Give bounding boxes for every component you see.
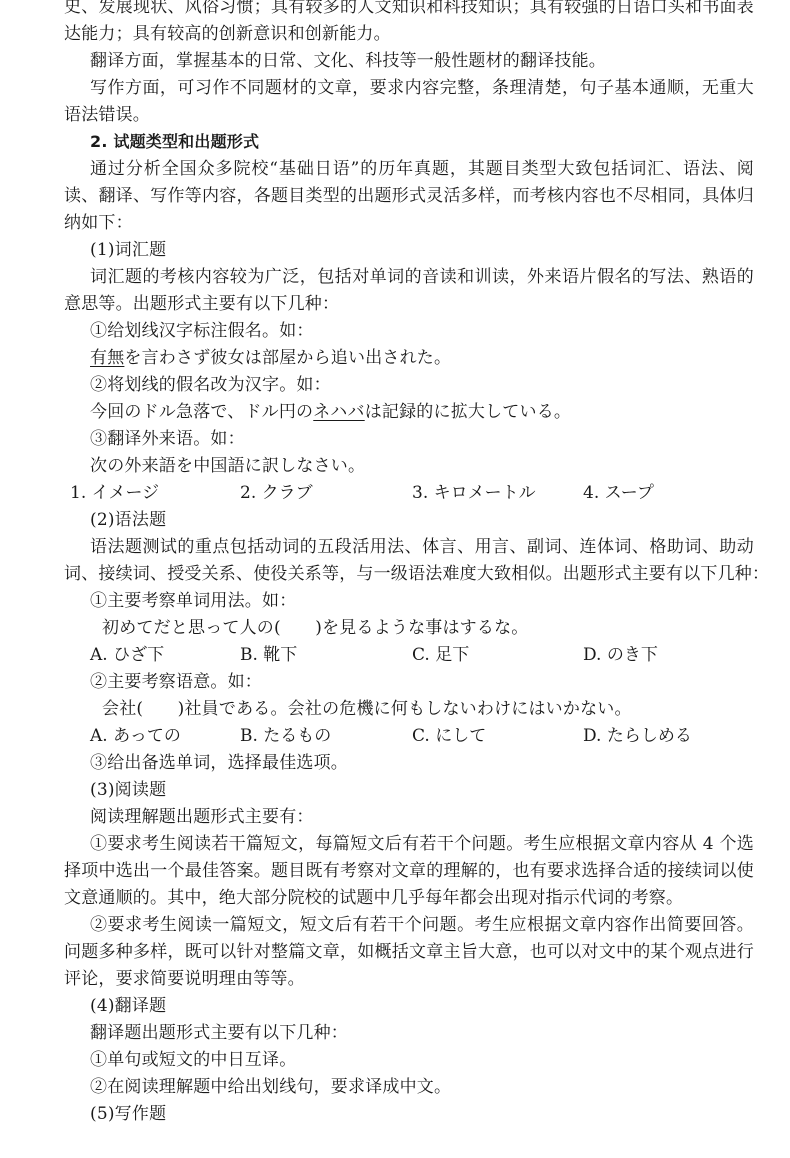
paragraph-line: 文意通顺的。其中，绝大部分院校的试题中几乎每年都会出现对指示代词的考察。 [64, 885, 754, 911]
underlined-kana: ネハバ [313, 402, 364, 422]
paragraph-reading-desc: 阅读理解题出题形式主要有： [90, 804, 780, 830]
option-b: B. たるもの [240, 723, 331, 749]
paragraph-line: 问题多种多样，既可以针对整篇文章，如概括文章主旨大意，也可以对文中的某个观点进行 [64, 939, 754, 965]
reading-item-1: ①要求考生阅读若干篇短文，每篇短文后有若干个问题。考生应根据文章内容从 4 个选 [90, 831, 754, 857]
section-heading: 2. 试题类型和出题形式 [90, 129, 780, 155]
paragraph-line: 语法错误。 [64, 102, 754, 128]
example-text: を言わさず彼女は部屋から追い出された。 [124, 348, 451, 368]
translation-item-2: ②在阅读理解题中给出划线句，要求译成中文。 [90, 1074, 780, 1100]
example-text: 今回のドル急落で、ドル円の [90, 402, 313, 422]
subsection-title-writing: (5)写作题 [90, 1101, 780, 1127]
paragraph-line: 评论，要求简要说明理由等等。 [64, 966, 754, 992]
paragraph-line: 择项中选出一个最佳答案。题目既有考察对文章的理解的，也有要求选择合适的接续词以使 [64, 858, 754, 884]
reading-item-2: ②要求考生阅读一篇短文，短文后有若干个问题。考生应根据文章内容作出简要回答。 [90, 912, 754, 938]
option-d: D. のき下 [583, 642, 658, 668]
paragraph-line: 意思等。出题形式主要有以下几种： [64, 291, 754, 317]
grammar-item-1-label: ①主要考察单词用法。如： [90, 588, 780, 614]
option-c: C. 足下 [412, 642, 469, 668]
example-text: は記録的に拡大している。 [365, 402, 571, 422]
vocab-item-1-example: 有無を言わさず彼女は部屋から追い出された。 [90, 345, 780, 371]
option-3: 3. キロメートル [412, 480, 536, 506]
option-1: 1. イメージ [70, 480, 159, 506]
paragraph-line: 词、接续词、授受关系、使役关系等，与一级语法难度大致相似。出题形式主要有以下几种… [64, 561, 754, 587]
paragraph-translation-desc: 翻译题出题形式主要有以下几种： [90, 1020, 780, 1046]
underlined-kanji: 有無 [90, 348, 124, 368]
subsection-title-vocab: (1)词汇题 [90, 237, 780, 263]
vocab-item-3-instruction: 次の外来語を中国語に訳しなさい。 [90, 453, 780, 479]
paragraph-grammar-desc: 语法题测试的重点包括动词的五段活用法、体言、用言、副词、连体词、格助词、助动 [90, 534, 754, 560]
paragraph-writing-skills: 写作方面，可习作不同题材的文章，要求内容完整，条理清楚，句子基本通顺，无重大 [90, 75, 754, 101]
paragraph-intro: 通过分析全国众多院校“基础日语”的历年真题，其题目类型大致包括词汇、语法、阅 [90, 156, 754, 182]
translation-item-1: ①单句或短文的中日互译。 [90, 1047, 780, 1073]
subsection-title-reading: (3)阅读题 [90, 777, 780, 803]
paragraph-vocab-desc: 词汇题的考核内容较为广泛，包括对单词的音读和训读，外来语片假名的写法、熟语的 [90, 264, 754, 290]
option-b: B. 靴下 [240, 642, 297, 668]
option-2: 2. クラブ [240, 480, 313, 506]
grammar-item-2-label: ②主要考察语意。如： [90, 669, 780, 695]
paragraph-line: 纳如下： [64, 210, 754, 236]
option-c: C. にして [412, 723, 486, 749]
paragraph-line: 读、翻译、写作等内容，各题目类型的出题形式灵活多样，而考核内容也不尽相同，具体归 [64, 183, 754, 209]
grammar-item-2-question: 会社( )社員である。会社の危機に何もしないわけにはいかない。 [102, 696, 790, 722]
subsection-title-grammar: (2)语法题 [90, 507, 780, 533]
grammar-item-1-question: 初めてだと思って人の( )を見るような事はするな。 [102, 615, 790, 641]
grammar-item-3-label: ③给出备选单词，选择最佳选项。 [90, 750, 780, 776]
paragraph-translation-skills: 翻译方面，掌握基本的日常、文化、科技等一般性题材的翻译技能。 [90, 48, 780, 74]
option-d: D. たらしめる [583, 723, 692, 749]
document-page: 史、发展现状、风俗习惯；具有较多的人文知识和科技知识；具有较强的日语口头和书面表… [0, 0, 790, 1158]
vocab-item-2-example: 今回のドル急落で、ドル円のネハバは記録的に拡大している。 [90, 399, 780, 425]
paragraph-line: 史、发展现状、风俗习惯；具有较多的人文知识和科技知识；具有较强的日语口头和书面表 [64, 0, 754, 20]
vocab-item-3-label: ③翻译外来语。如： [90, 426, 780, 452]
option-a: A. あっての [90, 723, 181, 749]
vocab-item-1-label: ①给划线汉字标注假名。如： [90, 318, 780, 344]
vocab-item-2-label: ②将划线的假名改为汉字。如： [90, 372, 780, 398]
option-4: 4. スープ [583, 480, 654, 506]
subsection-title-translation: (4)翻译题 [90, 993, 780, 1019]
option-a: A. ひざ下 [90, 642, 164, 668]
paragraph-line: 达能力；具有较高的创新意识和创新能力。 [64, 21, 754, 47]
